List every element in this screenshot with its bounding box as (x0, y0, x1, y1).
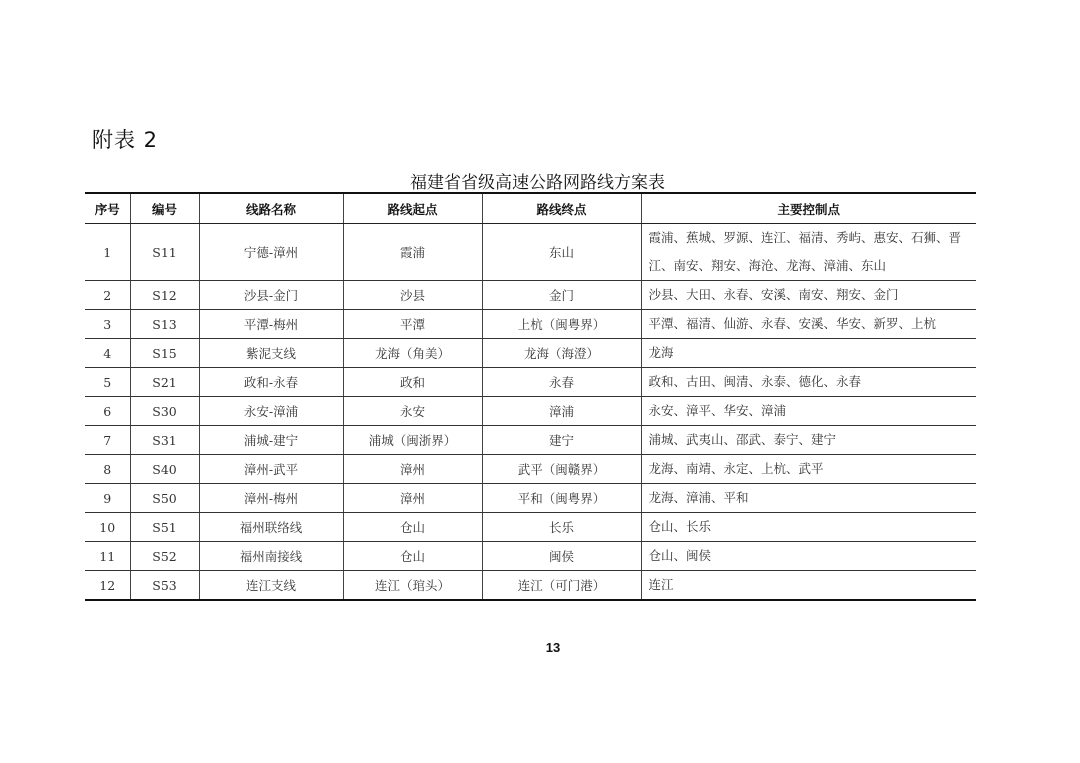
cell-start: 沙县 (343, 281, 482, 310)
cell-start: 霞浦 (343, 224, 482, 281)
cell-seq: 6 (85, 397, 130, 426)
header-control-points: 主要控制点 (641, 193, 976, 224)
cell-control-points: 霞浦、蕉城、罗源、连江、福清、秀屿、惠安、石狮、晋江、南安、翔安、海沧、龙海、漳… (641, 224, 976, 281)
cell-end: 平和（闽粤界） (482, 484, 641, 513)
table-row: 7S31浦城-建宁浦城（闽浙界）建宁浦城、武夷山、邵武、泰宁、建宁 (85, 426, 976, 455)
cell-seq: 7 (85, 426, 130, 455)
cell-code: S11 (130, 224, 199, 281)
table-row: 12S53连江支线连江（琯头）连江（可门港）连江 (85, 571, 976, 601)
cell-control-points: 政和、古田、闽清、永泰、德化、永春 (641, 368, 976, 397)
cell-control-points: 平潭、福清、仙游、永春、安溪、华安、新罗、上杭 (641, 310, 976, 339)
header-seq: 序号 (85, 193, 130, 224)
cell-control-points: 龙海、南靖、永定、上杭、武平 (641, 455, 976, 484)
cell-seq: 3 (85, 310, 130, 339)
table-row: 11S52福州南接线仓山闽侯仓山、闽侯 (85, 542, 976, 571)
cell-code: S51 (130, 513, 199, 542)
table-row: 3S13平潭-梅州平潭上杭（闽粤界）平潭、福清、仙游、永春、安溪、华安、新罗、上… (85, 310, 976, 339)
cell-start: 仓山 (343, 542, 482, 571)
cell-end: 漳浦 (482, 397, 641, 426)
cell-code: S31 (130, 426, 199, 455)
cell-name: 永安-漳浦 (199, 397, 343, 426)
cell-name: 宁德-漳州 (199, 224, 343, 281)
cell-end: 长乐 (482, 513, 641, 542)
cell-seq: 4 (85, 339, 130, 368)
cell-start: 漳州 (343, 455, 482, 484)
header-name: 线路名称 (199, 193, 343, 224)
cell-code: S15 (130, 339, 199, 368)
table-row: 9S50漳州-梅州漳州平和（闽粤界）龙海、漳浦、平和 (85, 484, 976, 513)
cell-seq: 12 (85, 571, 130, 601)
cell-name: 政和-永春 (199, 368, 343, 397)
cell-code: S52 (130, 542, 199, 571)
page-number: 13 (0, 640, 1080, 655)
cell-start: 连江（琯头） (343, 571, 482, 601)
table-row: 1S11宁德-漳州霞浦东山霞浦、蕉城、罗源、连江、福清、秀屿、惠安、石狮、晋江、… (85, 224, 976, 281)
table-title: 福建省省级高速公路网路线方案表 (85, 168, 975, 193)
cell-end: 建宁 (482, 426, 641, 455)
cell-code: S13 (130, 310, 199, 339)
cell-end: 连江（可门港） (482, 571, 641, 601)
cell-control-points: 龙海、漳浦、平和 (641, 484, 976, 513)
cell-start: 浦城（闽浙界） (343, 426, 482, 455)
cell-name: 福州南接线 (199, 542, 343, 571)
cell-seq: 1 (85, 224, 130, 281)
cell-start: 仓山 (343, 513, 482, 542)
cell-control-points: 龙海 (641, 339, 976, 368)
table-row: 4S15紫泥支线龙海（角美）龙海（海澄）龙海 (85, 339, 976, 368)
appendix-label: 附表 2 (92, 124, 158, 154)
cell-name: 福州联络线 (199, 513, 343, 542)
cell-name: 平潭-梅州 (199, 310, 343, 339)
table-row: 10S51福州联络线仓山长乐仓山、长乐 (85, 513, 976, 542)
cell-start: 龙海（角美） (343, 339, 482, 368)
cell-name: 紫泥支线 (199, 339, 343, 368)
cell-seq: 8 (85, 455, 130, 484)
table-row: 5S21政和-永春政和永春政和、古田、闽清、永泰、德化、永春 (85, 368, 976, 397)
cell-start: 政和 (343, 368, 482, 397)
cell-control-points: 仓山、闽侯 (641, 542, 976, 571)
cell-name: 沙县-金门 (199, 281, 343, 310)
cell-seq: 9 (85, 484, 130, 513)
cell-code: S53 (130, 571, 199, 601)
cell-seq: 11 (85, 542, 130, 571)
cell-end: 金门 (482, 281, 641, 310)
cell-code: S30 (130, 397, 199, 426)
cell-code: S12 (130, 281, 199, 310)
route-table: 序号 编号 线路名称 路线起点 路线终点 主要控制点 1S11宁德-漳州霞浦东山… (85, 192, 976, 601)
cell-seq: 2 (85, 281, 130, 310)
cell-control-points: 永安、漳平、华安、漳浦 (641, 397, 976, 426)
cell-code: S50 (130, 484, 199, 513)
header-start: 路线起点 (343, 193, 482, 224)
cell-control-points: 连江 (641, 571, 976, 601)
cell-control-points: 沙县、大田、永春、安溪、南安、翔安、金门 (641, 281, 976, 310)
cell-end: 武平（闽赣界） (482, 455, 641, 484)
header-end: 路线终点 (482, 193, 641, 224)
cell-name: 连江支线 (199, 571, 343, 601)
cell-control-points: 仓山、长乐 (641, 513, 976, 542)
table-row: 6S30永安-漳浦永安漳浦永安、漳平、华安、漳浦 (85, 397, 976, 426)
cell-name: 漳州-梅州 (199, 484, 343, 513)
cell-code: S40 (130, 455, 199, 484)
cell-end: 龙海（海澄） (482, 339, 641, 368)
cell-end: 闽侯 (482, 542, 641, 571)
cell-seq: 5 (85, 368, 130, 397)
cell-seq: 10 (85, 513, 130, 542)
table-row: 8S40漳州-武平漳州武平（闽赣界）龙海、南靖、永定、上杭、武平 (85, 455, 976, 484)
cell-start: 永安 (343, 397, 482, 426)
cell-start: 平潭 (343, 310, 482, 339)
cell-end: 永春 (482, 368, 641, 397)
cell-start: 漳州 (343, 484, 482, 513)
header-code: 编号 (130, 193, 199, 224)
table-header-row: 序号 编号 线路名称 路线起点 路线终点 主要控制点 (85, 193, 976, 224)
cell-code: S21 (130, 368, 199, 397)
table-row: 2S12沙县-金门沙县金门沙县、大田、永春、安溪、南安、翔安、金门 (85, 281, 976, 310)
cell-control-points: 浦城、武夷山、邵武、泰宁、建宁 (641, 426, 976, 455)
cell-name: 浦城-建宁 (199, 426, 343, 455)
cell-end: 上杭（闽粤界） (482, 310, 641, 339)
cell-name: 漳州-武平 (199, 455, 343, 484)
cell-end: 东山 (482, 224, 641, 281)
